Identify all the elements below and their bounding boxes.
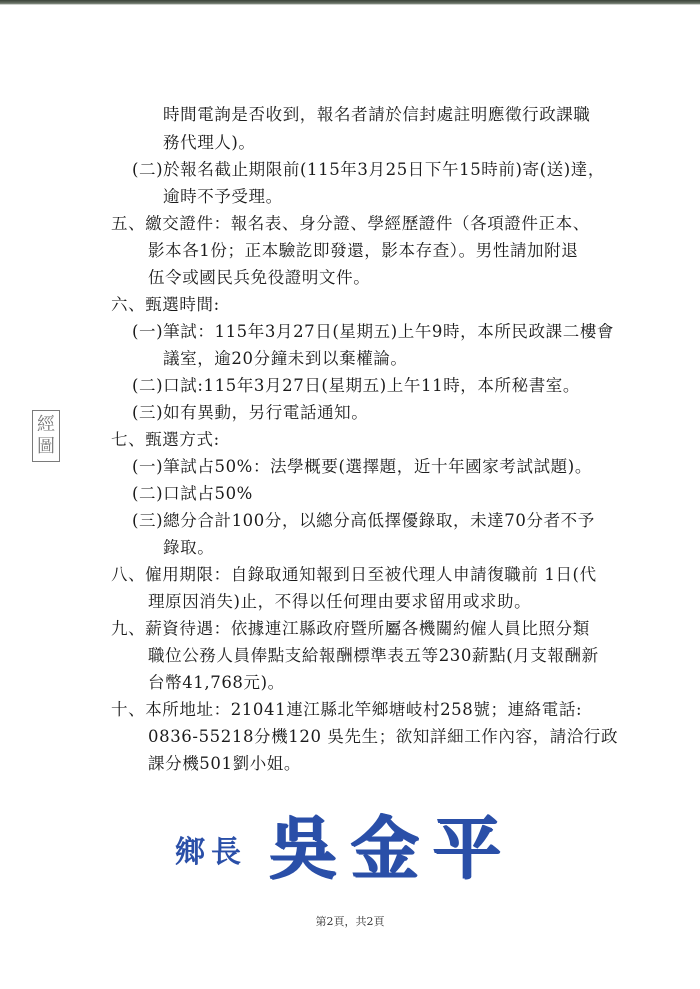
- document-line: (三)如有異動，另行電話通知。: [132, 403, 368, 423]
- document-line: 八、僱用期限：自錄取通知報到日至被代理人申請復職前 1日(代: [111, 565, 597, 585]
- document-line: 議室，逾20分鐘未到以棄權論。: [163, 349, 408, 369]
- document-line: (一)筆試占50%：法學概要(選擇題，近十年國家考試試題)。: [132, 457, 592, 477]
- page-number: 第2頁，共2頁: [0, 913, 700, 929]
- document-line: (二)口試:115年3月27日(星期五)上午11時，本所秘書室。: [132, 376, 580, 396]
- document-line: (一)筆試：115年3月27日(星期五)上午9時，本所民政課二樓會: [132, 322, 614, 342]
- document-line: 課分機501劉小姐。: [148, 754, 301, 774]
- document-line: 九、薪資待遇：依據連江縣政府暨所屬各機關約僱人員比照分類: [111, 619, 590, 639]
- scan-top-edge: [0, 0, 700, 5]
- signature-name: 吳金平: [269, 795, 515, 892]
- signature-title: 鄉長: [175, 827, 247, 871]
- seal-char-2: 圖: [37, 436, 55, 458]
- paging-seal-stamp: 經 圖: [32, 410, 60, 462]
- document-line: 錄取。: [163, 538, 214, 558]
- document-line: 理原因消失)止，不得以任何理由要求留用或求助。: [148, 592, 531, 612]
- document-line: 五、繳交證件：報名表、身分證、學經歷證件（各項證件正本、: [111, 214, 590, 234]
- document-line: 務代理人)。: [163, 133, 256, 153]
- document-line: 六、甄選時間:: [111, 295, 220, 315]
- document-line: 影本各1份；正本驗訖即發還，影本存查）。男性請加附退: [148, 241, 578, 261]
- document-line: 0836-55218分機120 吳先生；欲知詳細工作內容，請洽行政: [148, 727, 618, 747]
- document-line: 時間電詢是否收到，報名者請於信封處註明應徵行政課職: [163, 105, 591, 125]
- document-line: (二)於報名截止期限前(115年3月25日下午15時前)寄(送)達，: [132, 160, 605, 180]
- document-line: 七、甄選方式:: [111, 430, 220, 450]
- document-line: 十、本所地址：21041連江縣北竿鄉塘岐村258號；連絡電話:: [111, 700, 582, 720]
- document-line: 伍令或國民兵免役證明文件。: [148, 268, 370, 288]
- document-line: (三)總分合計100分，以總分高低擇優錄取，未達70分者不予: [132, 511, 595, 531]
- signature-block: 鄉長 吳金平: [175, 795, 515, 892]
- document-line: (二)口試占50%: [132, 484, 253, 504]
- document-line: 台幣41,768元)。: [148, 673, 285, 693]
- document-line: 職位公務人員俸點支給報酬標準表五等230薪點(月支報酬新: [148, 646, 599, 666]
- seal-char-1: 經: [37, 414, 55, 436]
- document-line: 逾時不予受理。: [163, 187, 283, 207]
